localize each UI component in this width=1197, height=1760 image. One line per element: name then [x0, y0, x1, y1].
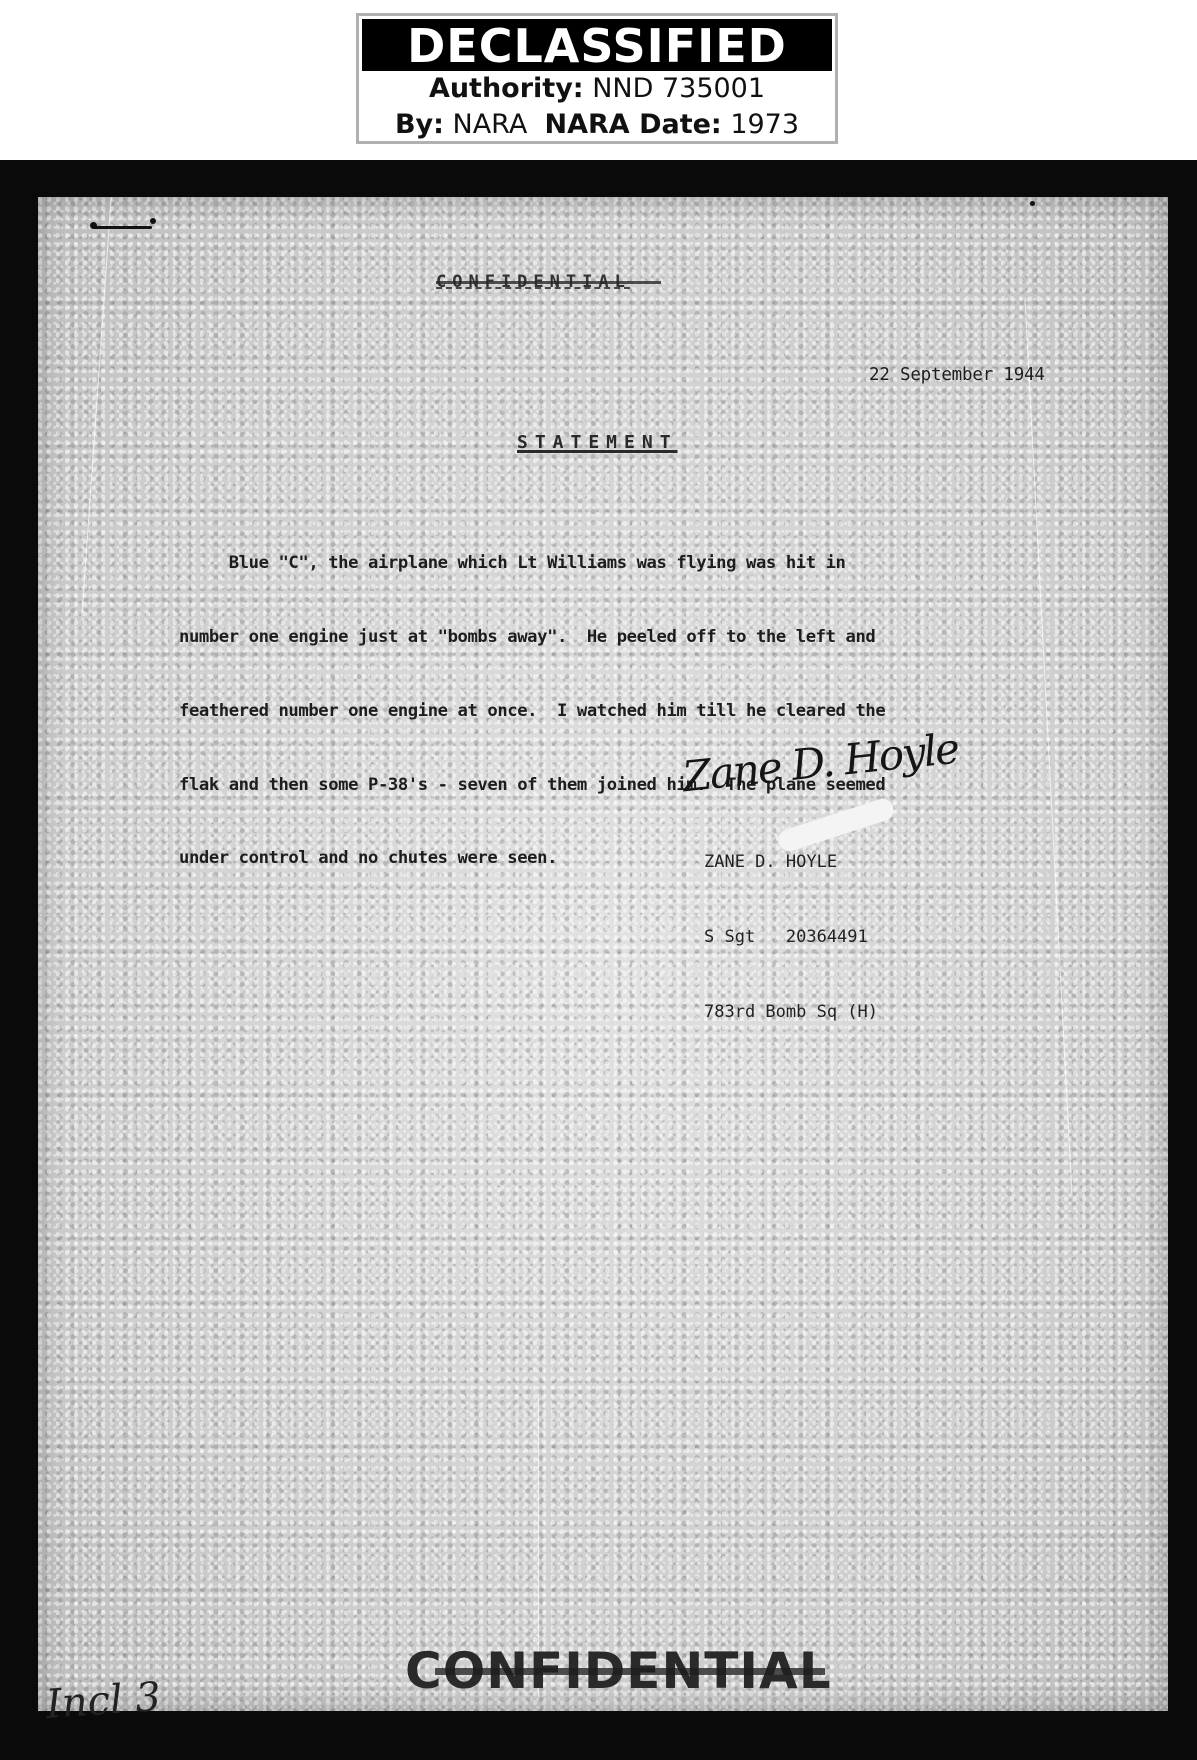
body-line: number one engine just at "bombs away". …: [179, 625, 1039, 650]
document-date: 22 September 1944: [869, 365, 1045, 385]
stamp-authority: Authority: NND 735001: [359, 71, 835, 107]
handwritten-enclosure-note: Incl 3: [45, 1674, 163, 1728]
body-line: Blue "C", the airplane which Lt Williams…: [179, 551, 1039, 576]
film-speck: [1030, 201, 1035, 206]
film-scratch: [81, 197, 111, 616]
signature-block: ZANE D. HOYLE S Sgt 20364491 783rd Bomb …: [704, 800, 878, 1075]
document-page: [38, 197, 1168, 1711]
signer-name: ZANE D. HOYLE: [704, 850, 878, 875]
scan-frame: [0, 160, 1197, 1760]
declassified-stamp: DECLASSIFIED Authority: NND 735001 By: N…: [356, 13, 838, 144]
document-title: STATEMENT: [517, 432, 678, 453]
statement-body: Blue "C", the airplane which Lt Williams…: [179, 502, 1039, 896]
body-line: feathered number one engine at once. I w…: [179, 699, 1039, 724]
signer-rank-serial: S Sgt 20364491: [704, 925, 878, 950]
stamp-by-date: By: NARA NARA Date: 1973: [359, 107, 835, 143]
stamp-date-label: NARA Date:: [545, 109, 722, 140]
film-speck: [150, 218, 156, 224]
strikethrough-line: [436, 281, 661, 284]
strikethrough-line: [435, 1668, 825, 1675]
classification-header: CONFIDENTIAL: [436, 272, 631, 292]
stamp-authority-value: NND 735001: [592, 73, 765, 104]
film-speck: [92, 226, 152, 229]
body-line: under control and no chutes were seen.: [179, 846, 1039, 871]
stamp-by-value: NARA: [453, 109, 528, 140]
stamp-title: DECLASSIFIED: [362, 19, 832, 71]
stamp-by-label: By:: [395, 109, 444, 140]
stamp-authority-label: Authority:: [429, 73, 584, 104]
signer-unit: 783rd Bomb Sq (H): [704, 1000, 878, 1025]
classification-footer: CONFIDENTIAL: [405, 1642, 832, 1700]
stamp-date-value: 1973: [730, 109, 799, 140]
